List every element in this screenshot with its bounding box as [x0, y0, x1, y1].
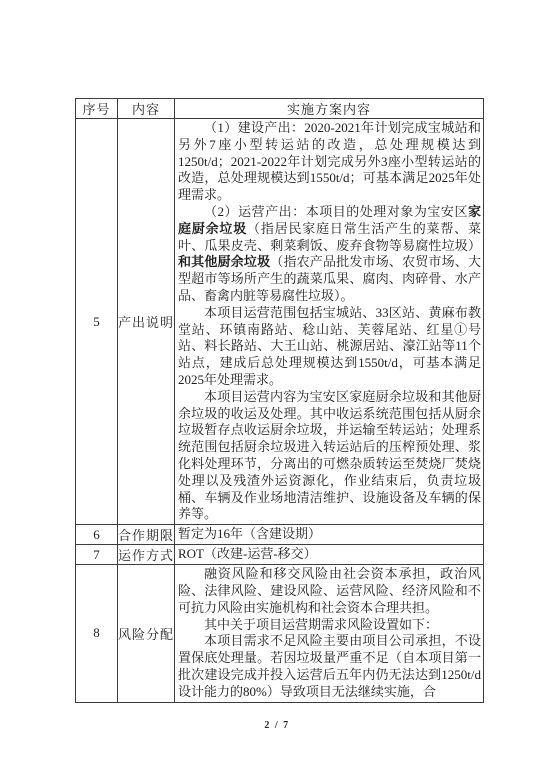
content-paragraph: 融资风险和移交风险由社会资本承担，政治风险、法律风险、建设风险、运营风险、经济风… [178, 566, 481, 616]
document-page: 序号 内容 实施方案内容 5产出说明（1）建设产出：2020-2021年计划完成… [0, 0, 554, 783]
table-row: 5产出说明（1）建设产出：2020-2021年计划完成宝城站和另外7座小型转运站… [76, 119, 484, 525]
text-segment: 其中关于项目运营期需求风险设置如下： [204, 617, 438, 632]
row-content-cell: （1）建设产出：2020-2021年计划完成宝城站和另外7座小型转运站的改造，总… [175, 119, 484, 525]
row-content-cell: 融资风险和移交风险由社会资本承担，政治风险、法律风险、建设风险、运营风险、经济风… [175, 565, 484, 702]
header-cell-plan: 实施方案内容 [175, 99, 484, 119]
text-segment: 本项目运营内容为宝安区家庭厨余垃圾和其他厨余垃圾的收运及处理。其中收运系统范围包… [178, 389, 481, 522]
header-cell-serial: 序号 [76, 99, 118, 119]
text-segment: （1）建设产出：2020-2021年计划完成宝城站和另外7座小型转运站的改造，总… [178, 120, 481, 202]
content-paragraph: （2）运营产出：本项目的处理对象为宝安区家庭厨余垃圾（指居民家庭日常生活产生的菜… [178, 204, 481, 305]
content-paragraph: （1）建设产出：2020-2021年计划完成宝城站和另外7座小型转运站的改造，总… [178, 120, 481, 204]
table-row: 6合作期限暂定为16年（含建设期） [76, 525, 484, 545]
row-serial-cell: 8 [76, 565, 118, 702]
content-paragraph: 其中关于项目运营期需求风险设置如下： [178, 617, 481, 634]
content-paragraph: 本项目运营范围包括宝城站、33区站、黄麻布教堂站、环镇南路站、稔山站、芙蓉尾站、… [178, 305, 481, 389]
text-segment: 本项目运营范围包括宝城站、33区站、黄麻布教堂站、环镇南路站、稔山站、芙蓉尾站、… [178, 305, 481, 387]
row-label-cell: 风险分配 [118, 565, 175, 702]
row-label-cell: 运作方式 [118, 545, 175, 565]
bold-text-segment: 和其他厨余垃圾 [178, 254, 270, 269]
content-paragraph: 暂定为16年（含建设期） [178, 526, 481, 543]
content-paragraph: 本项目运营内容为宝安区家庭厨余垃圾和其他厨余垃圾的收运及处理。其中收运系统范围包… [178, 389, 481, 523]
text-segment: 融资风险和移交风险由社会资本承担，政治风险、法律风险、建设风险、运营风险、经济风… [178, 566, 481, 615]
row-content-cell: ROT（改建-运营-移交） [175, 545, 484, 565]
table-header-row: 序号 内容 实施方案内容 [76, 99, 484, 119]
row-serial-cell: 6 [76, 525, 118, 545]
text-segment: （2）运营产出：本项目的处理对象为宝安区 [204, 204, 468, 219]
row-label-cell: 合作期限 [118, 525, 175, 545]
implementation-plan-table: 序号 内容 实施方案内容 5产出说明（1）建设产出：2020-2021年计划完成… [75, 98, 484, 703]
row-content-cell: 暂定为16年（含建设期） [175, 525, 484, 545]
table-row: 8风险分配融资风险和移交风险由社会资本承担，政治风险、法律风险、建设风险、运营风… [76, 565, 484, 702]
header-cell-content: 内容 [118, 99, 175, 119]
table-row: 7运作方式ROT（改建-运营-移交） [76, 545, 484, 565]
row-serial-cell: 5 [76, 119, 118, 525]
page-number: 2 / 7 [0, 720, 554, 731]
content-paragraph: ROT（改建-运营-移交） [178, 546, 481, 563]
row-label-cell: 产出说明 [118, 119, 175, 525]
row-serial-cell: 7 [76, 545, 118, 565]
text-segment: 本项目需求不足风险主要由项目公司承担，不设置保底处理量。若因垃圾量严重不足（自本… [178, 633, 481, 698]
content-paragraph: 本项目需求不足风险主要由项目公司承担，不设置保底处理量。若因垃圾量严重不足（自本… [178, 633, 481, 700]
table-body: 5产出说明（1）建设产出：2020-2021年计划完成宝城站和另外7座小型转运站… [76, 119, 484, 703]
